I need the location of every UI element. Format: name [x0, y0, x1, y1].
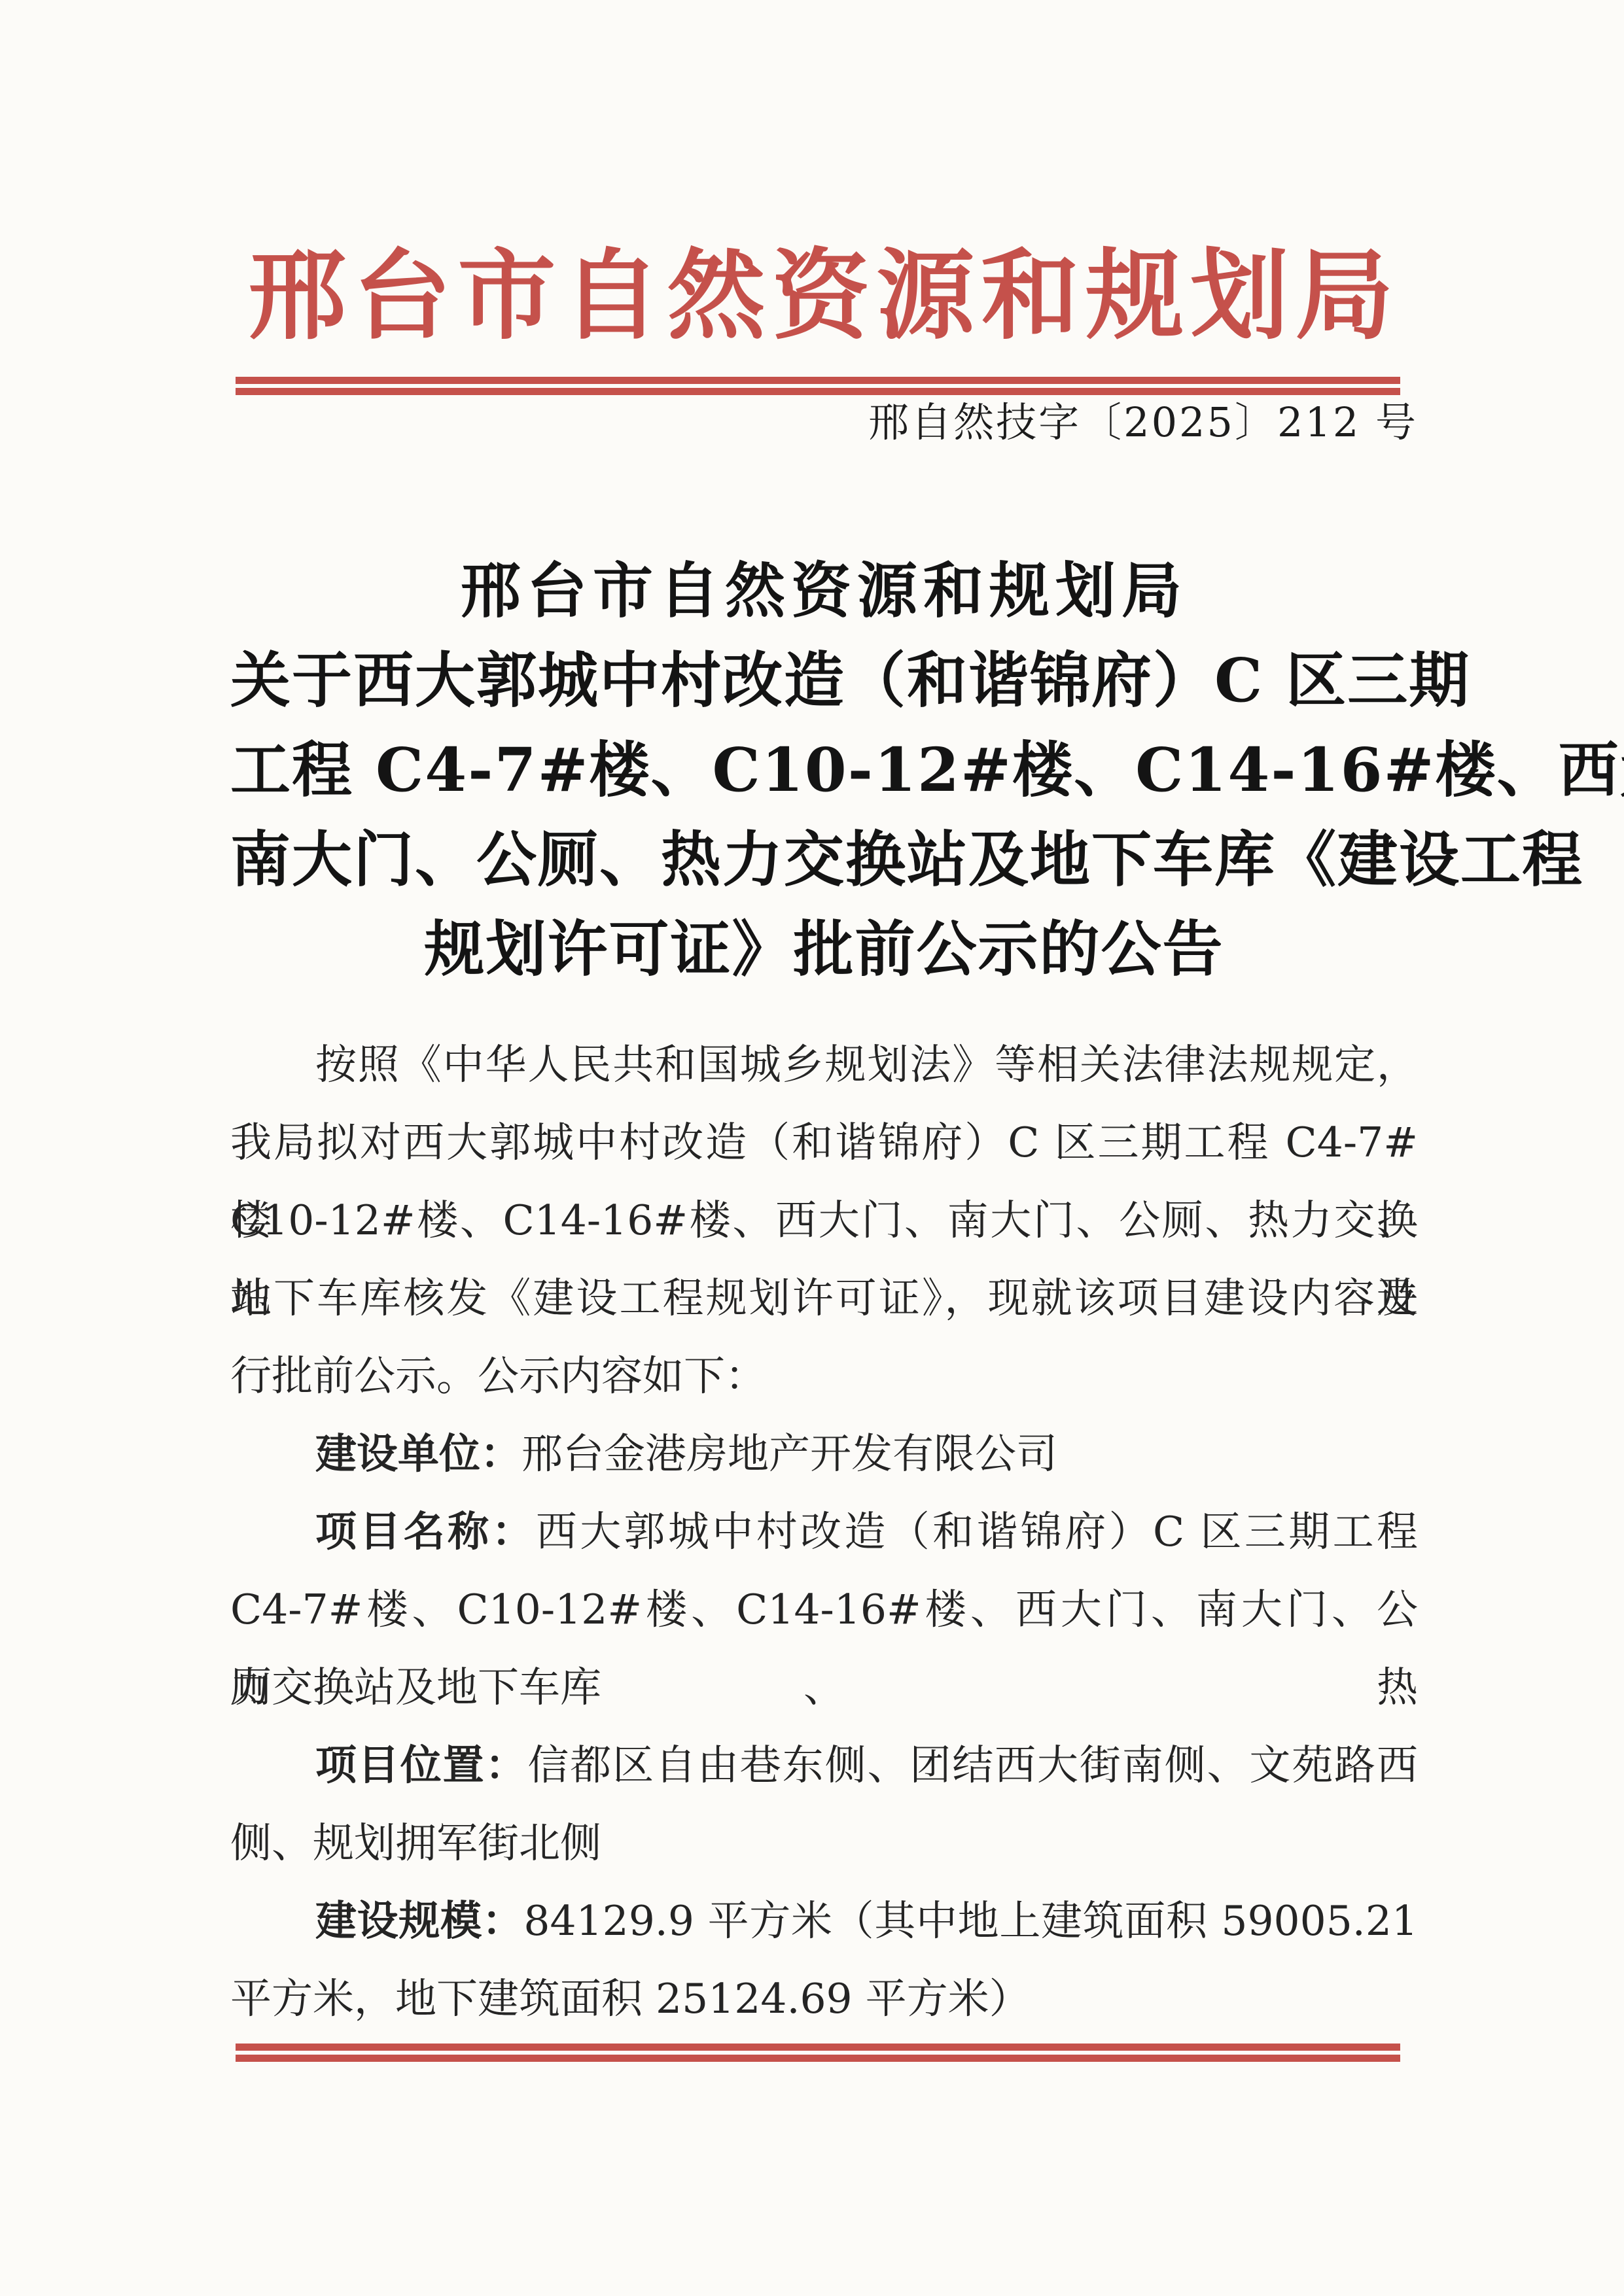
body-line-text: 信都区自由巷东侧、团结西大街南侧、文苑路西	[527, 1741, 1418, 1789]
notice-title-line: 工程 C4-7#楼、C10-12#楼、C14-16#楼、西大门、	[230, 725, 1418, 815]
body-line-construction-scale: 建设规模：84129.9 平方米（其中地上建筑面积 59005.21	[230, 1882, 1418, 1960]
notice-title-line: 南大门、公厕、热力交换站及地下车库《建设工程	[230, 815, 1418, 905]
body-line: C10-12#楼、C14-16#楼、西大门、南大门、公厕、热力交换站及	[230, 1181, 1418, 1259]
body-line: 侧、规划拥军街北侧	[230, 1804, 1418, 1882]
body-line-text: 84129.9 平方米（其中地上建筑面积 59005.21	[523, 1897, 1418, 1945]
body-line: 平方米，地下建筑面积 25124.69 平方米）	[230, 1960, 1418, 2038]
body-line-text: 侧、规划拥军街北侧	[230, 1819, 601, 1867]
document-content: 邢台市自然资源和规划局 邢自然技字〔2025〕212 号 邢台市自然资源和规划局…	[230, 0, 1418, 2296]
body-line: 我局拟对西大郭城中村改造（和谐锦府）C 区三期工程 C4-7#楼、	[230, 1104, 1418, 1181]
red-divider-line	[236, 388, 1400, 395]
document-page: 邢台市自然资源和规划局 邢自然技字〔2025〕212 号 邢台市自然资源和规划局…	[0, 0, 1624, 2296]
letterhead-agency-title: 邢台市自然资源和规划局	[230, 230, 1418, 361]
field-label: 项目名称：	[315, 1507, 536, 1556]
body-line-text: 平方米，地下建筑面积 25124.69 平方米）	[230, 1975, 1031, 2023]
red-divider-line	[236, 377, 1400, 384]
notice-title-line: 邢台市自然资源和规划局	[230, 546, 1418, 636]
body-line-text: 西大郭城中村改造（和谐锦府）C 区三期工程	[536, 1508, 1418, 1556]
field-label: 项目位置：	[315, 1741, 527, 1789]
field-label: 建设单位：	[315, 1429, 521, 1478]
body-line: 行批前公示。公示内容如下：	[230, 1337, 1418, 1415]
document-number: 邢自然技字〔2025〕212 号	[868, 399, 1418, 446]
notice-body: 按照《中华人民共和国城乡规划法》等相关法律法规规定， 我局拟对西大郭城中村改造（…	[230, 1026, 1418, 2038]
notice-title: 邢台市自然资源和规划局 关于西大郭城中村改造（和谐锦府）C 区三期 工程 C4-…	[230, 546, 1418, 994]
body-line: 按照《中华人民共和国城乡规划法》等相关法律法规规定，	[230, 1026, 1418, 1104]
notice-title-line: 规划许可证》批前公示的公告	[230, 905, 1418, 994]
body-line-text: 行批前公示。公示内容如下：	[230, 1352, 766, 1400]
notice-title-line: 关于西大郭城中村改造（和谐锦府）C 区三期	[230, 636, 1418, 725]
body-line-text: 力交换站及地下车库	[230, 1663, 601, 1711]
body-line-text: 地下车库核发《建设工程规划许可证》，现就该项目建设内容进	[230, 1274, 1418, 1322]
body-line-text: 邢台金港房地产开发有限公司	[521, 1430, 1057, 1478]
body-line: C4-7#楼、C10-12#楼、C14-16#楼、西大门、南大门、公厕、热	[230, 1571, 1418, 1648]
body-line: 地下车库核发《建设工程规划许可证》，现就该项目建设内容进	[230, 1259, 1418, 1337]
field-label: 建设规模：	[315, 1896, 523, 1945]
body-line-project-name: 项目名称：西大郭城中村改造（和谐锦府）C 区三期工程	[230, 1493, 1418, 1571]
red-divider-line	[236, 2044, 1400, 2051]
red-divider-line	[236, 2055, 1400, 2062]
footer-divider	[236, 2044, 1400, 2062]
letterhead-divider	[236, 377, 1400, 395]
body-line-construction-unit: 建设单位：邢台金港房地产开发有限公司	[230, 1415, 1418, 1493]
body-line-text: 按照《中华人民共和国城乡规划法》等相关法律法规规定，	[315, 1041, 1418, 1088]
body-line-project-location: 项目位置：信都区自由巷东侧、团结西大街南侧、文苑路西	[230, 1726, 1418, 1804]
